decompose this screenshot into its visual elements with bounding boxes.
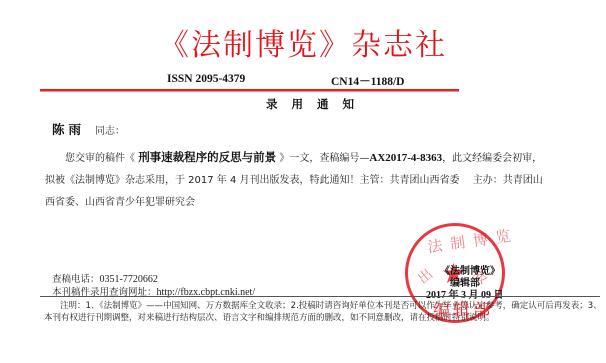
line1-suffix: ，此文经编委会初审， xyxy=(442,153,542,164)
notice-title: 录用通知 xyxy=(0,96,606,112)
contact-phone: 查稿电话：0351-7720662 xyxy=(52,271,158,285)
seal-left-text: 出 xyxy=(413,264,437,288)
recipient-name: 陈雨 xyxy=(52,120,85,138)
seal-bottom-text: 编辑部 xyxy=(433,296,493,321)
article-title: 刑事速裁程序的反思与前景 xyxy=(138,150,276,164)
line1-prefix: 您交审的稿件《 xyxy=(65,153,138,164)
body-line-3: 西省委、山西省青少年犯罪研究会 xyxy=(45,193,195,208)
note-line-1: 注明：1、《法制博览》——中国知网、万方数据库全文收录；2.投稿时请咨询好单位本… xyxy=(60,299,602,311)
greeting: 同志： xyxy=(95,122,125,137)
body-line-1: 您交审的稿件《 刑事速裁程序的反思与前景 》一文，查稿编号—AX2017-4-8… xyxy=(65,149,542,165)
cn-number: CN14－1188/D xyxy=(331,73,404,89)
seal-top-text: 法制博览 xyxy=(426,224,520,258)
body-line-2: 拟被《法制博览》杂志采用，于 2017 年 4 月刊出版发表，特此通知！主管：共… xyxy=(45,171,543,186)
issn-number: ISSN 2095-4379 xyxy=(167,73,245,85)
masthead-title: 《法制博览》杂志社 xyxy=(0,30,606,62)
line1-mid: 》一文，查稿编号— xyxy=(276,153,369,164)
notes-divider xyxy=(40,296,600,297)
manuscript-code: AX2017-4-8363 xyxy=(369,152,442,164)
header-divider xyxy=(40,89,459,92)
note-line-2: 本刊有权进行刊期调整，对来稿进行结构层次、语言文字和编排规范方面的删改，如不同意… xyxy=(44,311,495,323)
